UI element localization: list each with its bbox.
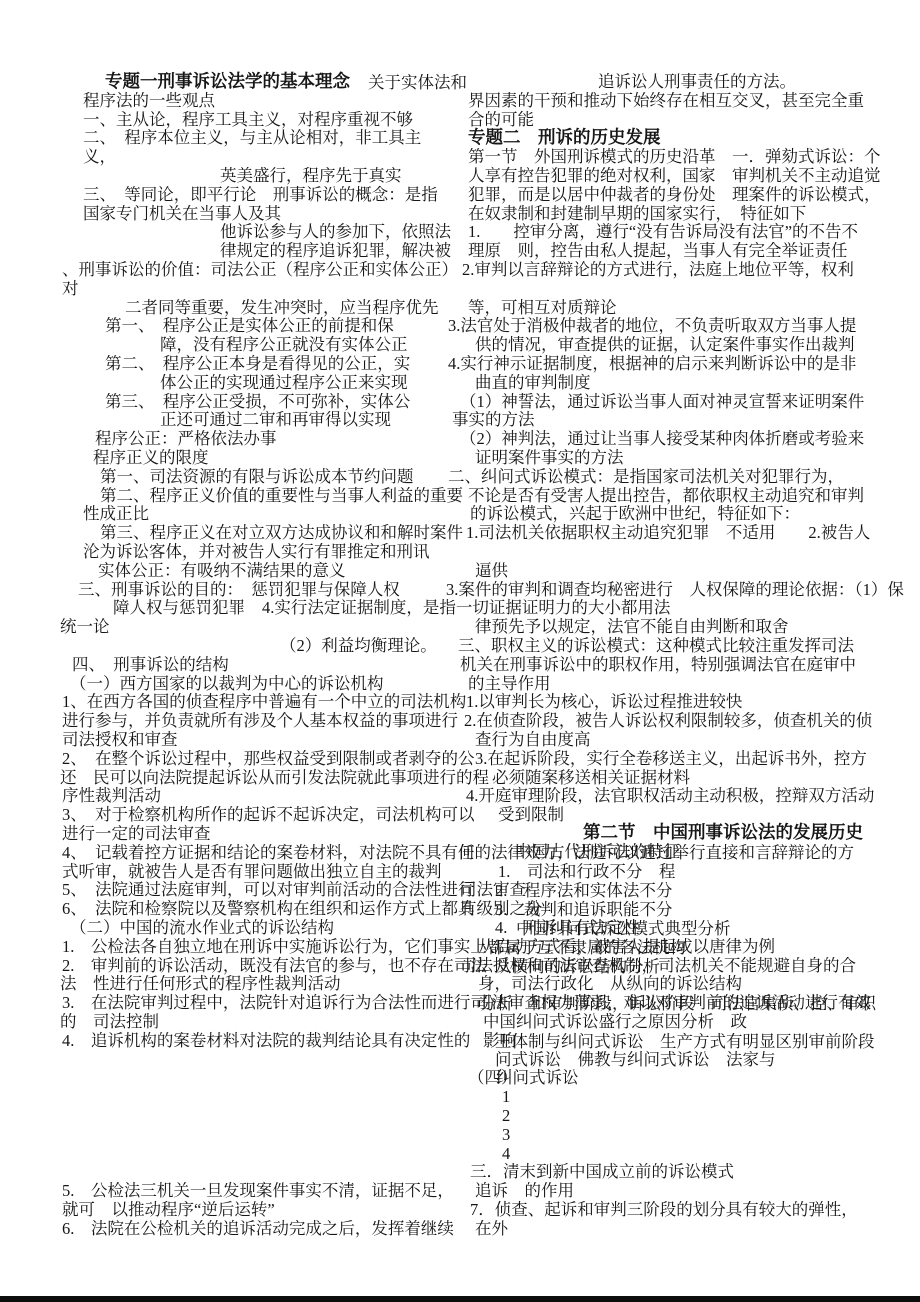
text-line: 2. 程序法和实体法不分	[495, 881, 672, 900]
text-line: 三、刑事诉讼的目的： 惩罚犯罪与保障人权	[78, 580, 400, 599]
text-line: 就可 以推动程序“逆后运转”	[62, 1200, 275, 1219]
text-line: 6. 法院在公检机关的追诉活动完成之后，发挥着继续	[62, 1219, 454, 1238]
text-line: 人享有控告犯罪的绝对权利，国家 审判机关不主动追觉	[468, 166, 881, 185]
text-line: 第二、程序正义价值的重要性与当事人利益的重要	[100, 486, 463, 505]
text-line: 程序正义的限度	[93, 448, 209, 467]
text-line: 第二、 程序公正本身是看得见的公正，实	[105, 354, 410, 373]
text-line: 6、 法院和检察院以及警察机构在组织和运作方式上都具	[62, 899, 475, 918]
text-line: 进行一定的司法审查	[62, 824, 211, 843]
text-line: 不论是否有受害人提出控告，都依职权主动追究和审判	[468, 486, 864, 505]
text-line: 3.案件的审判和调查均秘密进行 人权保障的理论依据：（1）保	[446, 580, 904, 599]
text-line: 律预先予以规定，法官不能自由判断和取舍	[475, 617, 789, 636]
text-line: 第三、 程序公正受损，不可弥补，实体公	[105, 392, 410, 411]
text-line: 2. 审判前的诉讼活动，既没有法官的参与，也不存在司法	[62, 956, 487, 975]
text-line: 关于实体法和	[368, 73, 467, 92]
text-line: 1. 公检法各自独立地在刑诉中实施诉讼行为，它们事实上	[62, 937, 487, 956]
text-line: 司法授权和审查	[62, 730, 178, 749]
text-line: 必须随案移送相关证据材料	[492, 768, 690, 787]
text-line: 2、 在整个诉讼过程中，那些权益受到限制或者剥夺的公	[62, 749, 475, 768]
text-line: 事实的方法	[452, 410, 535, 429]
text-line: 程序法的一些观点	[83, 91, 215, 110]
text-line: 2	[502, 1106, 510, 1125]
text-line: 中国纠问式诉讼盛行之原因分析 政	[483, 1012, 747, 1031]
text-line: 4.开庭审理阶段，法官职权活动主动积极，控辩双方活动	[466, 786, 874, 805]
text-line: 纠问式诉讼	[496, 1068, 579, 1087]
page-bottom-edge	[0, 1296, 920, 1302]
text-line: 1、在西方各国的侦查程序中普遍有一个中立的司法机构	[62, 692, 466, 711]
text-line: 还 民可以向法院提起诉讼从而引发法院就此事项进行的程	[60, 768, 489, 787]
text-line: 的主导作用	[468, 674, 551, 693]
text-line: 查行为自由度高	[475, 730, 591, 749]
text-line: 追诉 的作用	[475, 1181, 574, 1200]
text-line: 4.实行神示证据制度，根据神的启示来判断诉讼中的是非	[448, 354, 856, 373]
text-line: 第一节 外国刑诉模式的历史沿革 一．弹劾式诉讼：个	[468, 147, 881, 166]
text-line: 都属于互不隶属的各法机构	[488, 938, 686, 957]
text-line: 3	[502, 1125, 510, 1144]
text-line: 法 性进行任何形式的程序性裁判活动	[60, 974, 341, 993]
text-line: 4. 追诉机构的案卷材料对法院的裁判结论具有决定性的	[62, 1031, 470, 1050]
text-line: 身，司法行政化 从纵向的诉讼结构	[478, 974, 742, 993]
text-line: 5. 公检法三机关一旦发现案件事实不清，证据不足，	[62, 1181, 454, 1200]
text-line: 性成正比	[83, 504, 149, 523]
text-line: 的诉讼模式，兴起于欧洲中世纪，特征如下：	[470, 504, 800, 523]
text-line: 受到限制	[498, 805, 564, 824]
text-line: 实体公正：有吸纳不满结果的意义	[98, 561, 346, 580]
text-line: （一）西方国家的以裁判为中心的诉讼机构	[70, 674, 384, 693]
text-line: 等，可相互对质辩论	[468, 298, 617, 317]
text-line: 逼供	[475, 561, 508, 580]
text-line: 中国古代刑诉法的特征	[515, 842, 680, 861]
text-line: 国家专门机关在当事人及其	[83, 204, 281, 223]
text-line: 分析 和审判阶段，诉讼阶段 司法官集侦、控、审职	[480, 994, 876, 1013]
text-line: 供的情况，审查提供的证据，认定案件事实作出裁判	[475, 335, 855, 354]
text-line: 律规定的程序追诉犯罪，解决被	[220, 241, 451, 260]
text-line: （1）神誓法，通过诉讼当事人面对神灵宣誓来证明案件	[460, 392, 864, 411]
text-line: 他诉讼参与人的参加下，依照法	[220, 222, 451, 241]
text-line: 义，	[83, 147, 116, 166]
text-line: 3. 在法院审判过程中，法院针对追诉行为合法性而进行司	[62, 993, 487, 1012]
text-line: 4	[502, 1144, 510, 1163]
text-line: 第二节 中国刑事诉讼法的发展历史	[583, 823, 863, 842]
text-line: 一、主从论，程序工具主义，对程序重视不够	[83, 110, 413, 129]
text-line: 王体制与纠问式诉讼 生产方式有明显区别审前阶段	[495, 1032, 875, 1051]
text-line: 三、职权主义的诉讼模式：这种模式比较注重发挥司法	[458, 636, 854, 655]
text-line: 专题二 刑诉的历史发展	[468, 128, 661, 147]
text-line: 3. 裁判和追诉职能不分	[495, 900, 672, 919]
text-line: 7．侦查、起诉和审判三阶段的划分具有较大的弹性，	[470, 1200, 858, 1219]
text-line: 二、 程序本位主义，与主从论相对，非工具主	[83, 128, 421, 147]
text-line: 问式诉讼 佛教与纠问式诉讼 法家与	[495, 1050, 776, 1069]
text-line: 专题一刑事诉讼法学的基本理念	[105, 72, 350, 91]
text-line: 沦为诉讼客体，并对被告人实行有罪推定和刑讯	[83, 542, 430, 561]
text-line: 第一、 程序公正是实体公正的前提和保	[105, 316, 394, 335]
text-line: 2.审判以言辞辩论的方式进行，法庭上地位平等，权利	[462, 260, 854, 279]
text-line: 2.在侦查阶段，被告人诉讼权利限制较多，侦查机关的侦	[464, 711, 872, 730]
text-line: 1.司法机关依据职权主动追究犯罪 不适用 2.被告人	[466, 523, 870, 542]
text-line: 进行参与，并负责就所有涉及个人基本权益的事项进行	[62, 711, 458, 730]
text-line: 犯罪，而是以居中仲裁者的身份处 理案件的诉讼模式，	[468, 185, 881, 204]
text-line: 1	[502, 1087, 510, 1106]
text-line: 程序公正：严格依法办事	[95, 429, 277, 448]
text-line: 、刑事诉讼的价值：司法公正（程序公正和实体公正）	[62, 260, 458, 279]
document-page: 专题一刑事诉讼法学的基本理念关于实体法和追诉讼人刑事责任的方法。程序法的一些观点…	[0, 0, 920, 1302]
text-line: 理原 则，控告由私人提起，当事人有完全举证责任	[468, 241, 848, 260]
text-line: 体公正的实现通过程序公正来实现	[160, 373, 408, 392]
text-line: 中国纠问式诉讼模式典型分析	[516, 919, 731, 938]
text-line: 统一论	[60, 617, 110, 636]
text-line: 第三、程序正义在对立双方达成协议和和解时案件	[100, 523, 463, 542]
text-line: 5、 法院通过法庭审判，可以对审判前活动的合法性进行	[62, 880, 475, 899]
text-line: 1. 司法和行政不分 程	[498, 862, 675, 881]
text-line: 障，没有程序公正就没有实体公正	[160, 335, 408, 354]
text-line: 在外	[475, 1219, 508, 1238]
text-line: 追诉讼人刑事责任的方法。	[598, 72, 796, 91]
text-line: 二、纠问式诉讼模式：是指国家司法机关对犯罪行为，	[448, 467, 844, 486]
text-line: 3.法官处于消极仲裁者的地位，不负责听取双方当事人提	[448, 316, 856, 335]
text-line: 1. 控审分离，遵行“没有告诉局没有法官”的不告不	[468, 222, 858, 241]
text-line: 四、 刑事诉讼的结构	[72, 655, 229, 674]
text-line: 式听审，就被告人是否有罪问题做出独立自主的裁判	[62, 862, 442, 881]
text-line: 障人权与惩罚犯罪	[113, 598, 245, 617]
text-line: 正还可通过二审和再审得以实现	[160, 410, 391, 429]
text-line: 界因素的干预和推动下始终存在相互交叉，甚至完全重	[468, 91, 864, 110]
text-line: 1.以审判长为核心，诉讼过程推进较快	[466, 692, 742, 711]
text-line: 英美盛行，程序先于真实	[220, 166, 402, 185]
text-line: 三、 等同论，即平行论 刑事诉讼的概念：是指	[83, 185, 438, 204]
text-line: 三．清末到新中国成立前的诉讼模式	[470, 1162, 734, 1181]
text-line: （二）中国的流水作业式的诉讼结构	[70, 918, 334, 937]
text-line: 对	[62, 279, 79, 298]
text-line: （2）利益均衡理论。	[280, 636, 437, 655]
text-line: 曲直的审判制度	[475, 373, 591, 392]
text-line: 4、 记载着控方证据和结论的案卷材料，对法院不具有任	[62, 843, 475, 862]
text-line: 4.实行法定证据制度，是指一切证据证明力的大小都用法	[262, 598, 670, 617]
text-line: 3.在起诉阶段，实行全卷移送主义，出起诉书外，控方	[475, 749, 867, 768]
text-line: 在奴隶制和封建制早期的国家实行， 特征如下	[468, 204, 806, 223]
text-line: 第一、司法资源的有限与诉讼成本节约问题	[100, 467, 414, 486]
text-line: 序性裁判活动	[62, 786, 161, 805]
text-line: 证明案件事实的方法	[475, 448, 624, 467]
text-line: 机关在刑事诉讼中的职权作用，特别强调法官在庭审中	[460, 655, 856, 674]
text-line: 二者同等重要，发生冲突时，应当程序优先	[125, 298, 439, 317]
text-line: 3、 对于检察机构所作的起诉不起诉决定，司法机构可以	[62, 805, 475, 824]
text-line: 的 司法控制	[60, 1012, 159, 1031]
text-line: （2）神判法，通过让当事人接受某种肉体折磨或考验来	[460, 429, 864, 448]
